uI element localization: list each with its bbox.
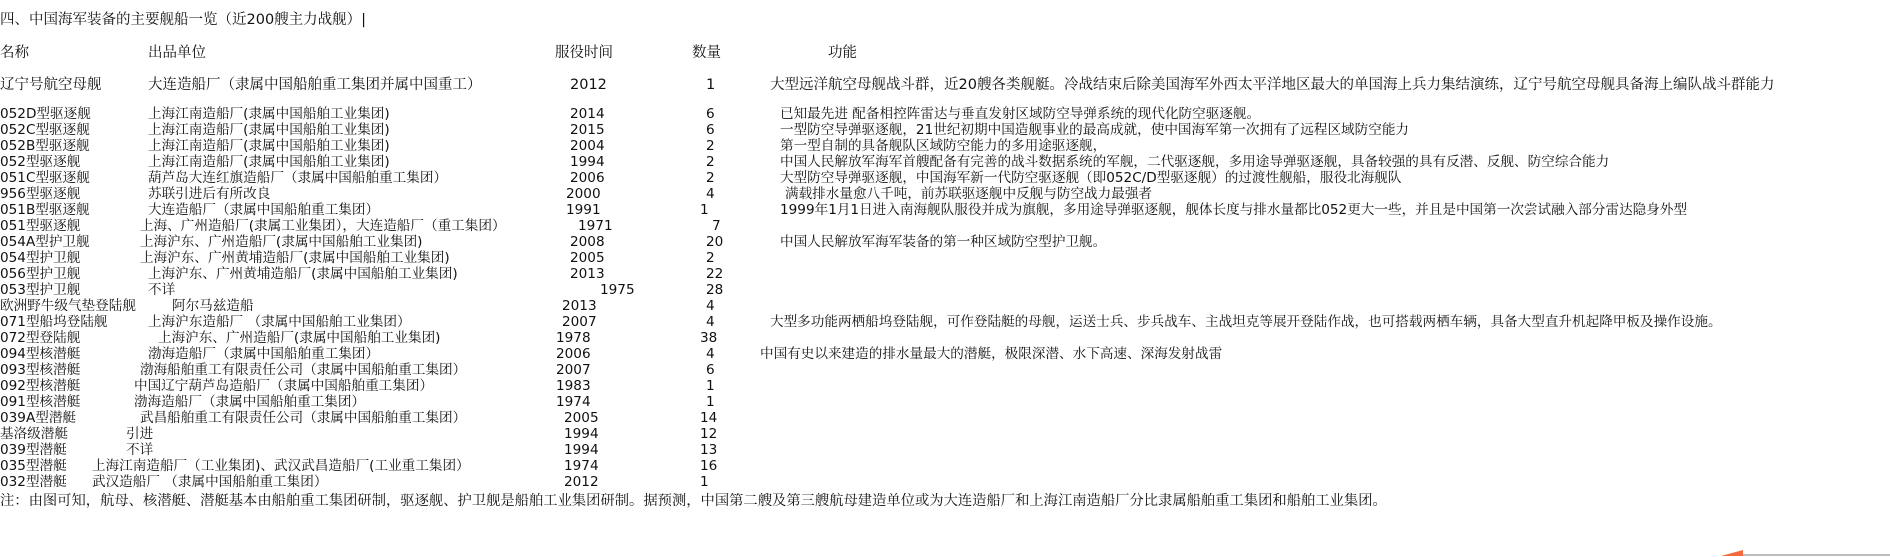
table-row: 051B型驱逐舰大连造船厂（隶属中国船舶重工集团）199111999年1月1日进… xyxy=(0,202,1890,218)
cell-service-year: 2014 xyxy=(570,106,605,122)
cell-service-year: 1994 xyxy=(570,154,605,170)
arrow-decoration-icon xyxy=(1721,550,1743,556)
cell-builder: 上海沪东、广州黄埔造船厂(隶属中国船舶工业集团) xyxy=(148,266,458,282)
cell-function: 大型多功能两栖船坞登陆舰，可作登陆艇的母舰，运送士兵、步兵战车、主战坦克等展开登… xyxy=(770,314,1722,330)
header-function: 功能 xyxy=(828,45,857,61)
cell-name: 052D型驱逐舰 xyxy=(0,106,91,122)
cell-service-year: 2012 xyxy=(570,77,607,93)
cell-service-year: 2005 xyxy=(564,410,599,426)
cell-service-year: 2012 xyxy=(564,474,599,490)
cell-service-year: 2004 xyxy=(570,138,605,154)
cell-builder: 上海江南造船厂(隶属中国船舶工业集团) xyxy=(148,154,390,170)
cell-builder: 上海、广州造船厂(隶属工业集团），大连造船厂（重工集团） xyxy=(140,218,506,234)
cell-builder: 不详 xyxy=(126,442,153,458)
cell-service-year: 2007 xyxy=(556,362,591,378)
table-row: 072型登陆舰上海沪东、广州造船厂(隶属中国船舶工业集团)197838 xyxy=(0,330,1890,346)
cell-name: 091型核潜艇 xyxy=(0,394,80,410)
page-title: 四、中国海军装备的主要舰船一览（近200艘主力战舰）| xyxy=(0,12,366,28)
cell-service-year: 1991 xyxy=(566,202,601,218)
cell-quantity: 6 xyxy=(706,122,715,138)
cell-builder: 上海江南造船厂(隶属中国船舶工业集团) xyxy=(148,122,390,138)
cell-builder: 上海沪东、广州黄埔造船厂(隶属中国船舶工业集团) xyxy=(140,250,450,266)
cell-builder: 上海江南造船厂(隶属中国船舶工业集团) xyxy=(148,138,390,154)
cell-function: 第一型自制的具备舰队区域防空能力的多用途驱逐舰， xyxy=(780,138,1106,154)
cell-service-year: 2006 xyxy=(570,170,605,186)
table-row: 052D型驱逐舰上海江南造船厂(隶属中国船舶工业集团)20146已知最先进 配备… xyxy=(0,106,1890,122)
cell-builder: 武昌船舶重工有限责任公司（隶属中国船舶重工集团） xyxy=(140,410,466,426)
cell-builder: 上海江南造船厂(隶属中国船舶工业集团) xyxy=(148,106,390,122)
cell-quantity: 4 xyxy=(706,346,715,362)
cell-function: 中国人民解放军海军装备的第一种区域防空型护卫舰。 xyxy=(780,234,1106,250)
cell-builder: 渤海造船厂（隶属中国船舶重工集团） xyxy=(134,394,365,410)
cell-quantity: 1 xyxy=(700,202,709,218)
header-builder: 出品单位 xyxy=(148,45,206,61)
cell-service-year: 2000 xyxy=(566,186,601,202)
cell-name: 094型核潜艇 xyxy=(0,346,80,362)
table-row: 052型驱逐舰上海江南造船厂(隶属中国船舶工业集团)19942中国人民解放军海军… xyxy=(0,154,1890,170)
header-quantity: 数量 xyxy=(692,45,721,61)
table-row: 基洛级潜艇引进199412 xyxy=(0,426,1890,442)
cell-quantity: 4 xyxy=(706,298,715,314)
cell-quantity: 22 xyxy=(706,266,723,282)
cell-quantity: 2 xyxy=(706,170,715,186)
cell-builder: 葫芦岛大连红旗造船厂（隶属中国船舶重工集团） xyxy=(148,170,447,186)
table-row: 051C型驱逐舰葫芦岛大连红旗造船厂（隶属中国船舶重工集团）20062大型防空导… xyxy=(0,170,1890,186)
header-name: 名称 xyxy=(0,45,29,61)
table-row: 093型核潜艇渤海船舶重工有限责任公司（隶属中国船舶重工集团）20076 xyxy=(0,362,1890,378)
cell-quantity: 16 xyxy=(700,458,717,474)
cell-service-year: 2013 xyxy=(562,298,597,314)
cell-service-year: 1974 xyxy=(556,394,591,410)
table-row: 051型驱逐舰上海、广州造船厂(隶属工业集团），大连造船厂（重工集团）19717 xyxy=(0,218,1890,234)
cell-quantity: 20 xyxy=(706,234,723,250)
cell-name: 092型核潜艇 xyxy=(0,378,80,394)
cell-name: 032型潜艇 xyxy=(0,474,67,490)
cell-quantity: 1 xyxy=(700,474,709,490)
cell-quantity: 4 xyxy=(706,186,715,202)
table-row: 054型护卫舰上海沪东、广州黄埔造船厂(隶属中国船舶工业集团)20052 xyxy=(0,250,1890,266)
cell-builder: 中国辽宁葫芦岛造船厂（隶属中国船舶重工集团） xyxy=(134,378,433,394)
cell-quantity: 13 xyxy=(700,442,717,458)
cell-quantity: 6 xyxy=(706,106,715,122)
cell-service-year: 1994 xyxy=(564,442,599,458)
cell-function: 中国人民解放军海军首艘配备有完善的战斗数据系统的军舰，二代驱逐舰，多用途导弹驱逐… xyxy=(780,154,1609,170)
cell-function: 满载排水量愈八千吨，前苏联驱逐舰中反舰与防空战力最强者 xyxy=(785,186,1152,202)
cell-name: 052C型驱逐舰 xyxy=(0,122,90,138)
cell-function: 大型远洋航空母舰战斗群，近20艘各类舰艇。冷战结束后除美国海军外西太平洋地区最大… xyxy=(770,77,1774,93)
cell-function: 中国有史以来建造的排水量最大的潜艇，极限深潜、水下高速、深海发射战雷 xyxy=(760,346,1222,362)
cell-quantity: 2 xyxy=(706,250,715,266)
cell-service-year: 1994 xyxy=(564,426,599,442)
table-row: 091型核潜艇渤海造船厂（隶属中国船舶重工集团）19741 xyxy=(0,394,1890,410)
footnote: 注：由图可知，航母、核潜艇、潜艇基本由船舶重工集团研制，驱逐舰、护卫舰是船舶工业… xyxy=(0,493,1387,509)
divider-line xyxy=(1743,554,1890,556)
cell-name: 基洛级潜艇 xyxy=(0,426,68,442)
table-row: 052B型驱逐舰上海江南造船厂(隶属中国船舶工业集团)20042第一型自制的具备… xyxy=(0,138,1890,154)
cell-service-year: 2006 xyxy=(556,346,591,362)
cell-quantity: 6 xyxy=(706,362,715,378)
table-row: 071型船坞登陆舰上海沪东造船厂 （隶属中国船舶工业集团）20074大型多功能两… xyxy=(0,314,1890,330)
cell-function: 一型防空导弹驱逐舰，21世纪初期中国造舰事业的最高成就，使中国海军第一次拥有了远… xyxy=(780,122,1409,138)
table-row: 094型核潜艇渤海造船厂（隶属中国船舶重工集团）20064中国有史以来建造的排水… xyxy=(0,346,1890,362)
header-service-time: 服役时间 xyxy=(555,45,613,61)
cell-builder: 上海沪东、广州造船厂(隶属中国船舶工业集团) xyxy=(158,330,440,346)
cell-builder: 上海沪东造船厂 （隶属中国船舶工业集团） xyxy=(148,314,411,330)
cell-name: 039A型潜艇 xyxy=(0,410,76,426)
cell-name: 071型船坞登陆舰 xyxy=(0,314,108,330)
cell-name: 053型护卫舰 xyxy=(0,282,80,298)
cell-name: 052B型驱逐舰 xyxy=(0,138,90,154)
cell-service-year: 2008 xyxy=(570,234,605,250)
cell-name: 072型登陆舰 xyxy=(0,330,80,346)
cell-service-year: 1975 xyxy=(600,282,635,298)
cell-name: 039型潜艇 xyxy=(0,442,67,458)
cell-name: 051C型驱逐舰 xyxy=(0,170,90,186)
cell-name: 956型驱逐舰 xyxy=(0,186,80,202)
cell-builder: 引进 xyxy=(126,426,153,442)
cell-name: 035型潜艇 xyxy=(0,458,67,474)
cell-quantity: 4 xyxy=(706,314,715,330)
cell-name: 052型驱逐舰 xyxy=(0,154,80,170)
table-row: 欧洲野牛级气垫登陆舰阿尔马兹造船20134 xyxy=(0,298,1890,314)
table-row: 035型潜艇上海江南造船厂（工业集团)、武汉武昌造船厂(工业重工集团）19741… xyxy=(0,458,1890,474)
table-row: 056型护卫舰上海沪东、广州黄埔造船厂(隶属中国船舶工业集团)201322 xyxy=(0,266,1890,282)
cell-name: 辽宁号航空母舰 xyxy=(0,77,102,93)
table-row: 039型潜艇不详199413 xyxy=(0,442,1890,458)
cell-service-year: 2015 xyxy=(570,122,605,138)
cell-quantity: 28 xyxy=(706,282,723,298)
cell-service-year: 1983 xyxy=(556,378,591,394)
table-row: 039A型潜艇武昌船舶重工有限责任公司（隶属中国船舶重工集团）200514 xyxy=(0,410,1890,426)
cell-builder: 武汉造船厂 （隶属中国船舶重工集团） xyxy=(92,474,327,490)
cell-service-year: 1978 xyxy=(556,330,591,346)
cell-quantity: 2 xyxy=(706,138,715,154)
cell-function: 1999年1月1日进入南海舰队服役并成为旗舰，多用途导弹驱逐舰，舰体长度与排水量… xyxy=(780,202,1687,218)
cell-function: 大型防空导弹驱逐舰，中国海军新一代防空驱逐舰（即052C/D型驱逐舰）的过渡性舰… xyxy=(780,170,1401,186)
cell-name: 093型核潜艇 xyxy=(0,362,80,378)
cell-quantity: 12 xyxy=(700,426,717,442)
cell-quantity: 1 xyxy=(706,77,715,93)
cell-service-year: 2013 xyxy=(570,266,605,282)
cell-builder: 不详 xyxy=(148,282,175,298)
cell-quantity: 2 xyxy=(706,154,715,170)
cell-quantity: 7 xyxy=(712,218,721,234)
table-row: 052C型驱逐舰上海江南造船厂(隶属中国船舶工业集团)20156一型防空导弹驱逐… xyxy=(0,122,1890,138)
table-row: 054A型护卫舰上海沪东、广州造船厂(隶属中国船舶工业集团)200820中国人民… xyxy=(0,234,1890,250)
cell-name: 056型护卫舰 xyxy=(0,266,80,282)
cell-quantity: 1 xyxy=(706,378,715,394)
cell-quantity: 14 xyxy=(700,410,717,426)
cell-builder: 渤海造船厂（隶属中国船舶重工集团） xyxy=(148,346,379,362)
cell-service-year: 2007 xyxy=(562,314,597,330)
cell-name: 054A型护卫舰 xyxy=(0,234,90,250)
cell-builder: 阿尔马兹造船 xyxy=(172,298,254,314)
cell-builder: 苏联引进后有所改良 xyxy=(148,186,270,202)
cell-function: 已知最先进 配备相控阵雷达与垂直发射区域防空导弹系统的现代化防空驱逐舰。 xyxy=(780,106,1260,122)
cell-builder: 上海沪东、广州造船厂(隶属中国船舶工业集团) xyxy=(140,234,422,250)
cell-quantity: 38 xyxy=(700,330,717,346)
table-row: 053型护卫舰不详197528 xyxy=(0,282,1890,298)
cell-name: 051型驱逐舰 xyxy=(0,218,80,234)
cell-builder: 上海江南造船厂（工业集团)、武汉武昌造船厂(工业重工集团） xyxy=(92,458,470,474)
cell-builder: 渤海船舶重工有限责任公司（隶属中国船舶重工集团） xyxy=(140,362,466,378)
cell-quantity: 1 xyxy=(706,394,715,410)
cell-builder: 大连造船厂（隶属中国船舶重工集团） xyxy=(148,202,379,218)
cell-name: 054型护卫舰 xyxy=(0,250,80,266)
cell-service-year: 1974 xyxy=(564,458,599,474)
cell-service-year: 2005 xyxy=(570,250,605,266)
cell-builder: 大连造船厂（隶属中国船舶重工集团并属中国重工） xyxy=(148,77,482,93)
table-row: 032型潜艇武汉造船厂 （隶属中国船舶重工集团）20121 xyxy=(0,474,1890,490)
table-row: 092型核潜艇中国辽宁葫芦岛造船厂（隶属中国船舶重工集团）19831 xyxy=(0,378,1890,394)
table-row: 956型驱逐舰苏联引进后有所改良20004满载排水量愈八千吨，前苏联驱逐舰中反舰… xyxy=(0,186,1890,202)
cell-service-year: 1971 xyxy=(578,218,613,234)
cell-name: 欧洲野牛级气垫登陆舰 xyxy=(0,298,136,314)
cell-name: 051B型驱逐舰 xyxy=(0,202,90,218)
table-row: 辽宁号航空母舰大连造船厂（隶属中国船舶重工集团并属中国重工）20121大型远洋航… xyxy=(0,77,1890,93)
